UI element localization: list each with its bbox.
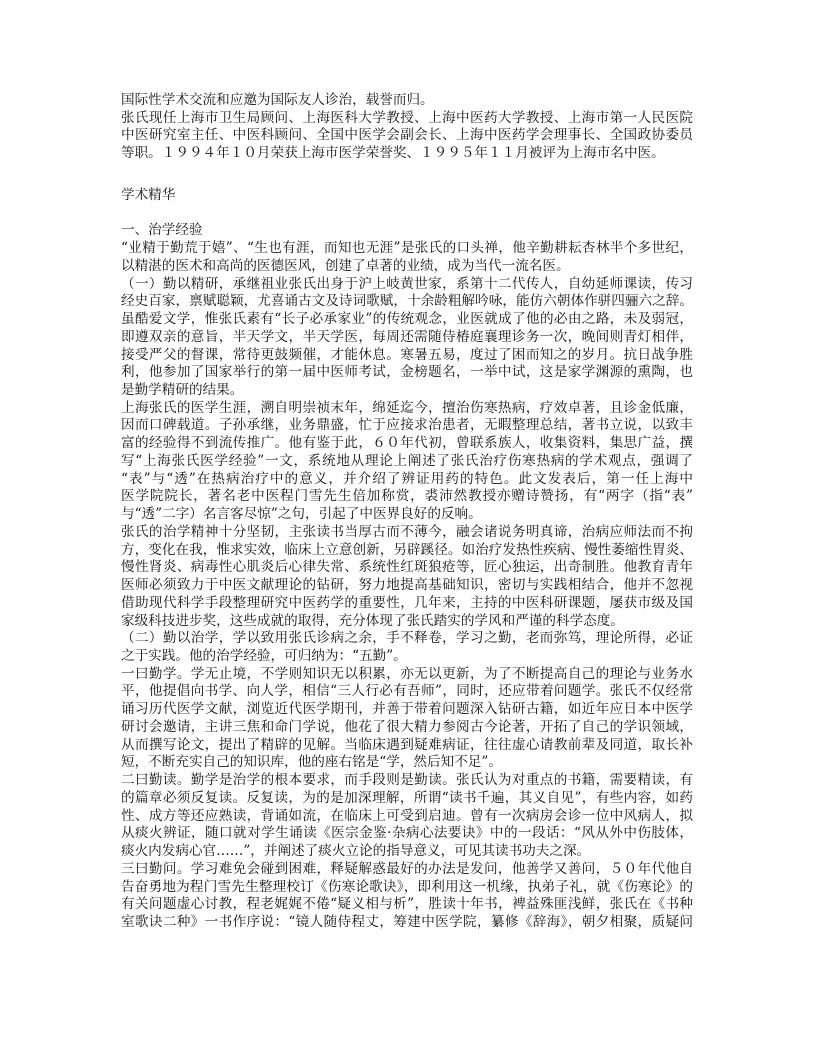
text-line: 与“透”二字）名言客尽惊”之句，引起了中医界良好的反响。 [121, 506, 693, 524]
text-line: 是勤学精研的结果。 [121, 382, 693, 400]
paragraph: （二）勤以治学，学以致用张氏诊病之余，手不释卷，学习之勤，老而弥笃，理论所得，必… [121, 630, 693, 665]
text-line: 经史百家，禀赋聪颖，尤喜诵古文及诗词歌赋，十余龄粗解吟咏，能仿六朝体作骈四骊六之… [121, 293, 693, 311]
text-line: 医师必须致力于中医文献理论的钻研，努力地提高基础知识，密切与实践相结合，他并不忽… [121, 577, 693, 595]
text-line: 性、成方等还应熟读，背诵如流，在临床上可受到启迪。曾有一次病房会诊一位中风病人，… [121, 808, 693, 826]
section-heading: 学术精华 [121, 187, 693, 205]
paragraph: 三曰勤问。学习难免会碰到困难，释疑解惑最好的办法是发问，他善学又善问，５０年代他… [121, 861, 693, 932]
text-line: 慢性肾炎、病毒性心肌炎后心律失常、系统性红斑狼疮等，匠心独运，出奇制胜。他教育青… [121, 559, 693, 577]
text-line: 借助现代科学手段整理研究中医药学的重要性，几年来，主持的中医科研课题，屡获市级及… [121, 595, 693, 613]
paragraph: 一曰勤学。学无止境，不学则知识无以积累，亦无以更新，为了不断提高自己的理论与业务… [121, 666, 693, 772]
text-line: 从痰火辨证，随口就对学生诵读《医宗金鉴·杂病心法要诀》中的一段话：“风从外中伤肢… [121, 825, 693, 843]
text-line: 有关问题虚心讨教，程老娓娓不倦“疑义相与析”，胜读十年书，裨益殊匪浅鲜，张氏在《… [121, 896, 693, 914]
paragraph: 张氏的治学精神十分坚韧，主张读书当厚古而不薄今，融会诸说务明真谛，治病应师法而不… [121, 524, 693, 630]
text-line: 之于实践。他的治学经验，可归纳为：“五勤”。 [121, 648, 693, 666]
text-line: 医学院院长，著名老中医程门雪先生倍加称赏，裘沛然教授亦赠诗赞扬，有“两字（指“表… [121, 488, 693, 506]
text-line: 从而撰写论文，提出了精辟的见解。当临床遇到疑难病证，往往虚心请教前辈及同道，取长… [121, 737, 693, 755]
subsection-heading-text: 一、治学经验 [121, 222, 693, 240]
text-line: （二）勤以治学，学以致用张氏诊病之余，手不释卷，学习之勤，老而弥笃，理论所得，必… [121, 630, 693, 648]
document-body: 国际性学术交流和应邀为国际友人诊治，载誉而归。张氏现任上海市卫生局顾问、上海医科… [121, 92, 693, 932]
text-line: 二曰勤读。勤学是治学的根本要求，而手段则是勤读。张氏认为对重点的书籍，需要精读，… [121, 772, 693, 790]
text-line: 等职。１９９４年１０月荣获上海市医学荣誉奖、１９９５年１１月被评为上海市名中医。 [121, 145, 693, 163]
text-line: “业精于勤荒于嬉”、“生也有涯，而知也无涯”是张氏的口头禅，他辛勤耕耘杏林半个多… [121, 240, 693, 258]
subsection-heading: 一、治学经验 [121, 222, 693, 240]
text-line: 室歌诀二种》一书作序说：“镜人随侍程丈，筹建中医学院，纂修《辞海》，朝夕相聚，质… [121, 914, 693, 932]
text-line: 家级科技进步奖，这些成就的取得，充分体现了张氏踏实的学风和严谨的科学态度。 [121, 613, 693, 631]
text-line: （一）勤以精研，承继祖业张氏出身于沪上岐黄世家，系第十二代传人，自幼延师课读，传… [121, 276, 693, 294]
text-line: 短，不断充实自己的知识库，他的座右铭是“学，然后知不足”。 [121, 754, 693, 772]
text-line: 张氏的治学精神十分坚韧，主张读书当厚古而不薄今，融会诸说务明真谛，治病应师法而不… [121, 524, 693, 542]
text-line: 写“上海张氏医学经验”一文，系统地从理论上阐述了张氏治疗伤寒热病的学术观点，强调… [121, 453, 693, 471]
paragraph: “业精于勤荒于嬉”、“生也有涯，而知也无涯”是张氏的口头禅，他辛勤耕耘杏林半个多… [121, 240, 693, 275]
text-line: 痰火内发病心官……”，并阐述了痰火立论的指导意义，可见其读书功夫之深。 [121, 843, 693, 861]
text-line: 告奋勇地为程门雪先生整理校订《伤寒论歌诀》，即利用这一机缘，执弟子礼，就《伤寒论… [121, 879, 693, 897]
text-line: 诵习历代医学文献，浏览近代医学期刊，并善于带着问题深入钻研古籍，如近年应日本中医… [121, 701, 693, 719]
document-page: 国际性学术交流和应邀为国际友人诊治，载誉而归。张氏现任上海市卫生局顾问、上海医科… [0, 0, 816, 1056]
text-line: 的篇章必须反复读。反复读，为的是加深理解，所谓“读书千遍，其义自见”，有些内容，… [121, 790, 693, 808]
text-line: 方，变化在我，惟求实效，临床上立意创新，另辟蹊径。如治疗发热性疾病、慢性萎缩性胃… [121, 542, 693, 560]
text-line: 即遵双亲的意旨，半天学文，半天学医，每周还需随侍椿庭襄理诊务一次，晚间则青灯相伴… [121, 329, 693, 347]
text-line: 国际性学术交流和应邀为国际友人诊治，载誉而归。 [121, 92, 693, 110]
paragraph: 国际性学术交流和应邀为国际友人诊治，载誉而归。 [121, 92, 693, 110]
text-line: 三曰勤问。学习难免会碰到困难，释疑解惑最好的办法是发问，他善学又善问，５０年代他… [121, 861, 693, 879]
text-line: 一曰勤学。学无止境，不学则知识无以积累，亦无以更新，为了不断提高自己的理论与业务… [121, 666, 693, 684]
text-line: 上海张氏的医学生涯，溯自明崇祯末年，绵延迄今，擅治伤寒热病，疗效卓著，且诊金低廉… [121, 400, 693, 418]
text-line: 利，他参加了国家举行的第一届中医师考试，金榜题名，一举中试，这是家学渊源的熏陶，… [121, 364, 693, 382]
paragraph: 张氏现任上海市卫生局顾问、上海医科大学教授、上海中医药大学教授、上海市第一人民医… [121, 110, 693, 163]
text-line: 平，他提倡向书学、向人学，相信“三人行必有吾师”，同时，还应带着问题学。张氏不仅… [121, 683, 693, 701]
section-heading-text: 学术精华 [121, 187, 693, 205]
text-line: 研讨会邀请，主讲三焦和命门学说，他花了很大精力参阅古今论著，开拓了自己的学识领域… [121, 719, 693, 737]
text-line: 虽酷爱文学，惟张氏素有“长子必承家业”的传统观念，业医就成了他的必由之路，未及弱… [121, 311, 693, 329]
paragraph: （一）勤以精研，承继祖业张氏出身于沪上岐黄世家，系第十二代传人，自幼延师课读，传… [121, 276, 693, 400]
paragraph: 上海张氏的医学生涯，溯自明崇祯末年，绵延迄今，擅治伤寒热病，疗效卓著，且诊金低廉… [121, 400, 693, 524]
text-line: 张氏现任上海市卫生局顾问、上海医科大学教授、上海中医药大学教授、上海市第一人民医… [121, 110, 693, 128]
text-line: 接受严父的督课，常待更鼓频催，才能休息。寒暑五易，度过了困而知之的岁月。抗日战争… [121, 347, 693, 365]
text-line: 中医研究室主任、中医科顾问、全国中医学会副会长、上海中医药学会理事长、全国政协委… [121, 127, 693, 145]
text-line: 富的经验得不到流传推广。他有鉴于此，６０年代初，曾联系族人，收集资料，集思广益，… [121, 435, 693, 453]
text-line: “表”与“透”在热病治疗中的意义，并介绍了辨证用药的特色。此文发表后，第一任上海… [121, 471, 693, 489]
paragraph: 二曰勤读。勤学是治学的根本要求，而手段则是勤读。张氏认为对重点的书籍，需要精读，… [121, 772, 693, 861]
text-line: 因而口碑载道。子孙承继，业务鼎盛，忙于应接求治患者，无暇整理总结，著书立说，以致… [121, 417, 693, 435]
text-line: 以精湛的医术和高尚的医德医风，创建了卓著的业绩，成为当代一流名医。 [121, 258, 693, 276]
